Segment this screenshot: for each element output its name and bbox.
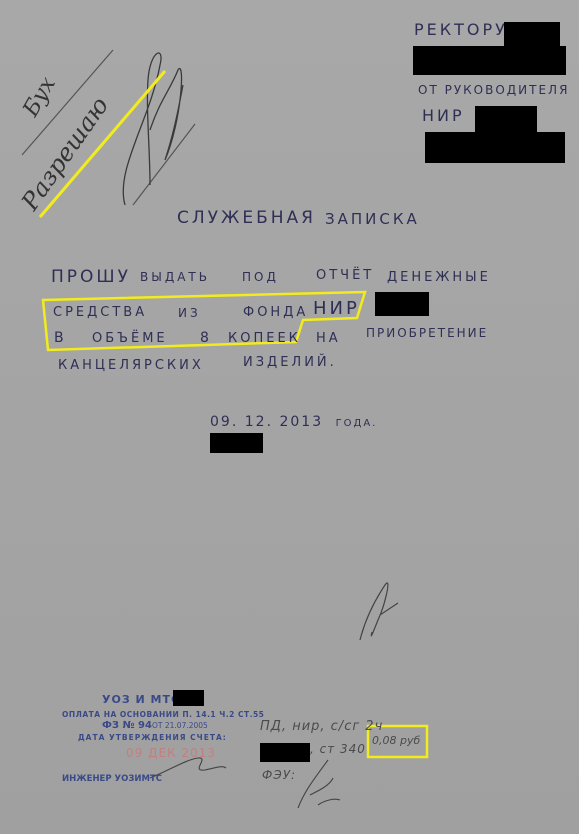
date-suffix: года. [336,418,378,429]
date-year: 2013 [279,414,323,430]
memo-date: 09. 12. 2013 года. [210,414,377,430]
stamp-line-1: УОЗ и МТС [102,693,180,706]
body-word: отчёт [316,268,374,283]
svg-text:Бух: Бух [18,72,61,122]
redacted-stamp-number [173,690,204,706]
pencil-line-lower [133,124,195,205]
scanned-memo-page: Ректору от руководителя НИР Бух Разрешаю [0,0,579,834]
accounting-feu-label: ФЭУ: [262,768,296,782]
resolution-bukh-text: Бух [18,72,61,122]
stamp-approval-date: 09 ДЕК 2013 [126,746,216,760]
stamp-line-4: Дата утверждения счета: [78,733,227,742]
stamp-line-3-left: ФЗ № 94 [102,720,152,731]
body-word: в [54,330,67,346]
body-amount: 8 [200,330,212,346]
body-word: изделий. [243,355,337,370]
body-word: фонда [243,305,308,320]
body-word: НИР [313,298,360,319]
body-word: выдать [140,270,210,284]
accounting-amount: 0,08 руб [372,734,420,747]
stamp-line-2: Оплата на основании п. 14.1 ч.2 ст.55 [62,710,264,719]
redacted-project-number [375,292,429,316]
accounting-note-line-2: , ст 340 [310,742,366,756]
stamp-engineer-label: Инженер УОЗиМТС [62,774,162,784]
applicant-signature [360,583,398,640]
body-word: Прошу [51,267,131,287]
feu-signature [298,760,340,808]
memo-title-word2: записка [325,210,420,228]
accounting-note-line-1: ПД, нир, с/сг 2ч [260,719,383,734]
stamp-line-3-right: от 21.07.2005 [152,721,208,730]
body-word: денежные [387,270,491,285]
date-day: 09 [210,414,232,430]
memo-title-word1: Служебная [177,208,316,228]
body-word: канцелярских [58,358,204,373]
body-word: под [242,270,279,284]
body-word: копеек [228,331,301,346]
body-word: на [316,331,341,346]
body-word: из [178,306,201,320]
body-word: средства [53,305,147,320]
body-word: приобретение [366,326,488,340]
director-signature [123,53,183,205]
body-word: объёме [92,331,168,346]
redacted-applicant-name [210,433,263,453]
date-month: 12 [245,414,267,430]
redacted-budget-code [260,743,310,762]
